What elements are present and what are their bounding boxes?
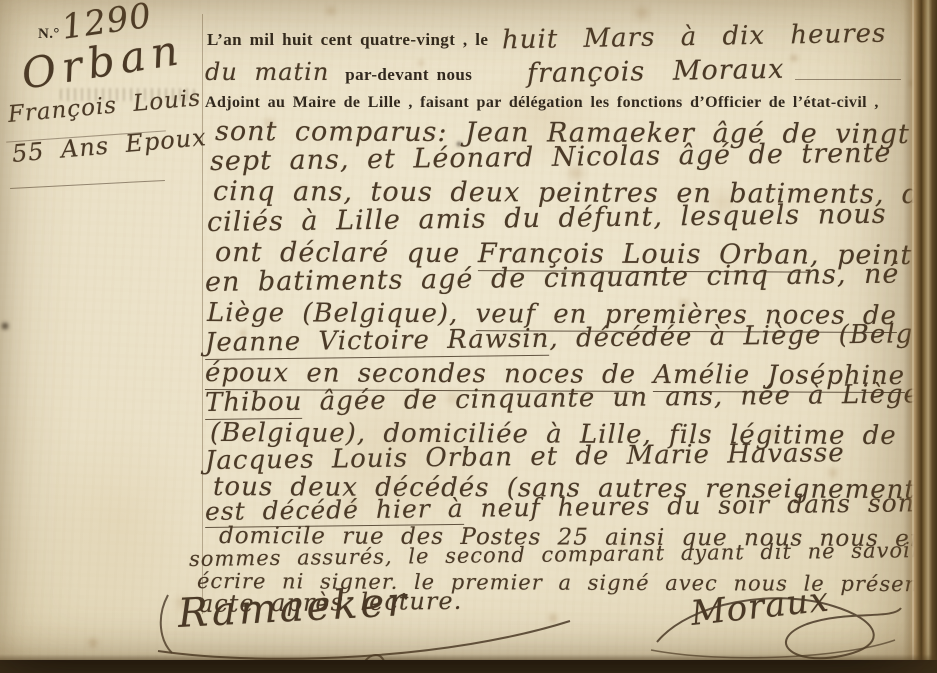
witness-signature-name: Ramaeker <box>177 579 410 637</box>
official-signature-name: Moraux <box>689 580 831 634</box>
margin-age-status: 55 Ans Epoux <box>11 123 208 168</box>
body-line: Jacques Louis Orban et de Marie Havasse <box>205 440 845 475</box>
underlined-handwriting: Jeanne Victoire Rawsin <box>205 324 550 360</box>
header-line-3: Adjoint au Maire de Lille , faisant par … <box>205 94 910 112</box>
header-line-1: L’an mil huit cent quatre-vingt , le hui… <box>207 22 907 52</box>
ruled-filler-line <box>795 79 901 80</box>
margin-divider-line <box>202 14 203 614</box>
foxing-spots <box>0 0 2 2</box>
act-number-label: N.° <box>38 26 60 43</box>
underlined-handwriting: Thibou <box>205 387 303 420</box>
header-line2-official-name: françois Moraux <box>527 54 785 89</box>
handwriting: , décédée à Liège (Belgique) <box>549 318 937 353</box>
ink-bleed-through <box>60 88 195 101</box>
body-line: est décédé hier à neuf heures du soir da… <box>205 490 915 525</box>
handwriting: âgée de cinquante un ans, née à Liège <box>302 379 920 417</box>
handwriting: Jacques Louis Orban et de Marie Havasse <box>205 438 845 476</box>
header-line3-printed: Adjoint au Maire de Lille , faisant par … <box>205 94 879 112</box>
header-line-2: du matin par-devant nous françois Moraux <box>205 56 907 87</box>
margin-flourish-line <box>10 180 165 189</box>
body-line: Jeanne Victoire Rawsin, décédée à Liège … <box>205 320 937 357</box>
header-line1-handwriting: huit Mars à dix heures <box>502 19 887 56</box>
book-binding-edge <box>903 0 937 673</box>
header-line2-printed: par-devant nous <box>345 65 472 85</box>
body-line: sept ans, et Léonard Nicolas âgé de tren… <box>210 140 892 177</box>
handwriting: neuf heures du soir dans son <box>463 488 915 523</box>
handwritten-body-text: sont comparus: Jean Ramaeker âgé de ving… <box>205 118 917 618</box>
body-line: ciliés à Lille amis du défunt, lesquels … <box>207 201 887 238</box>
body-line: en batiments agé de cinquante cinq ans, … <box>205 260 934 297</box>
scanned-death-record-page: N.° 1290 Orban François Louis 55 Ans Epo… <box>0 0 937 673</box>
body-line: Thibou âgée de cinquante un ans, née à L… <box>205 381 920 417</box>
header-line1-printed: L’an mil huit cent quatre-vingt , le <box>207 30 488 50</box>
photo-background-strip <box>0 660 937 673</box>
header-line2-hand-prefix: du matin <box>205 58 329 86</box>
